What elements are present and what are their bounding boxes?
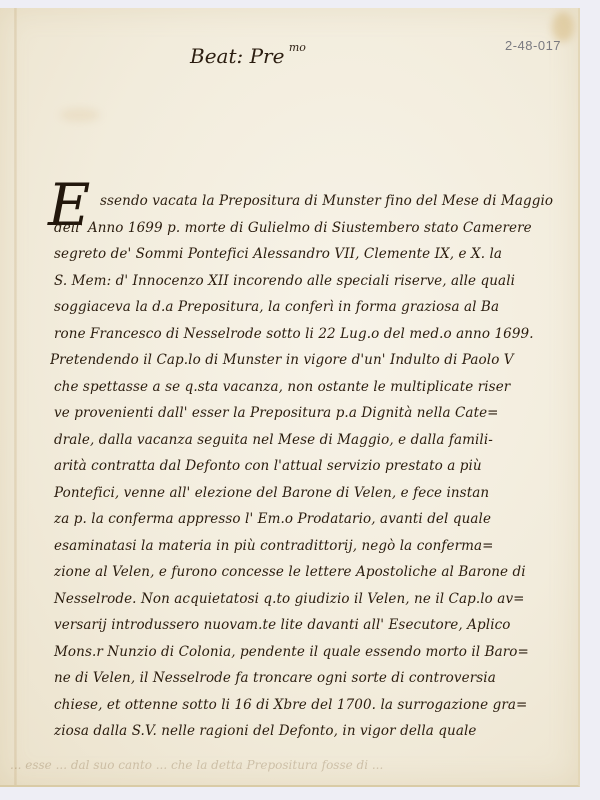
text-line: ne di Velen, il Nesselrode fa troncare o… bbox=[50, 665, 570, 692]
text-line: Pretendendo il Cap.lo di Munster in vigo… bbox=[50, 347, 570, 374]
text-line: S. Mem: d' Innocenzo XII incorendo alle … bbox=[50, 268, 570, 295]
manuscript-page: 2-48-017 Beat: Pre mo E ssendo vacata la… bbox=[0, 8, 580, 787]
text-line: esaminatasi la materia in più contraditt… bbox=[50, 533, 570, 560]
text-line: chiese, et ottenne sotto li 16 di Xbre d… bbox=[50, 692, 570, 719]
text-line: Mons.r Nunzio di Colonia, pendente il qu… bbox=[50, 639, 570, 666]
paper-stain bbox=[60, 108, 100, 122]
text-line: zione al Velen, e furono concesse le let… bbox=[50, 559, 570, 586]
text-line: versarij introdussero nuovam.te lite dav… bbox=[50, 612, 570, 639]
text-line: ve provenienti dall' esser la Prepositur… bbox=[50, 400, 570, 427]
text-line: Nesselrode. Non acquietatosi q.to giudiz… bbox=[50, 586, 570, 613]
text-line: drale, dalla vacanza seguita nel Mese di… bbox=[50, 427, 570, 454]
text-line: Pontefici, venne all' elezione del Baron… bbox=[50, 480, 570, 507]
text-line: ziosa dalla S.V. nelle ragioni del Defon… bbox=[50, 718, 570, 745]
fold-crease bbox=[14, 8, 17, 785]
manuscript-body: ssendo vacata la Prepositura di Munster … bbox=[50, 188, 570, 745]
salutation-text: Beat: Pre bbox=[190, 44, 284, 68]
bleed-through-text: ... esse ... dal suo canto ... che la de… bbox=[10, 758, 383, 772]
text-line: soggiaceva la d.a Prepositura, la confer… bbox=[50, 294, 570, 321]
salutation-superscript: mo bbox=[289, 41, 306, 54]
archive-reference-number: 2-48-017 bbox=[505, 38, 561, 53]
text-line: che spettasse a se q.sta vacanza, non os… bbox=[50, 374, 570, 401]
text-line: ssendo vacata la Prepositura di Munster … bbox=[50, 188, 570, 215]
text-line: dell' Anno 1699 p. morte di Gulielmo di … bbox=[50, 215, 570, 242]
text-line: za p. la conferma appresso l' Em.o Proda… bbox=[50, 506, 570, 533]
text-line: rone Francesco di Nesselrode sotto li 22… bbox=[50, 321, 570, 348]
text-line: arità contratta dal Defonto con l'attual… bbox=[50, 453, 570, 480]
text-line: segreto de' Sommi Pontefici Alessandro V… bbox=[50, 241, 570, 268]
salutation-heading: Beat: Pre mo bbox=[190, 44, 306, 68]
